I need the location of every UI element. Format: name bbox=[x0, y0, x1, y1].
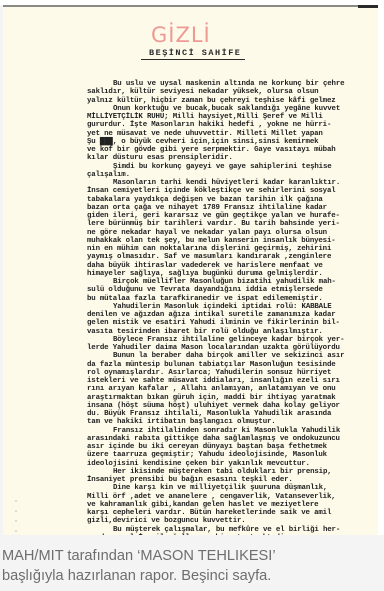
document-line: lere bürünmüş bir tarihleri vardır. Bu t… bbox=[87, 220, 377, 228]
document-line: tam ve hakiki irtibatın başlangıcı olmuş… bbox=[87, 418, 377, 426]
document-line: ne göre nekadar hayal ve nekadar yalan p… bbox=[87, 229, 377, 237]
document-scan: GİZLİ BEŞİNCİ SAHİFE Bu uslu ve uysal ma… bbox=[3, 5, 378, 535]
document-line: İnsan cemiyetleri içinde kökleştikçe ve … bbox=[87, 187, 377, 195]
document-line: karşı cepheleri vardır. Bütün hareketler… bbox=[87, 509, 377, 517]
document-line: asır içinde bu iki cereyan dünyayı başta… bbox=[87, 443, 377, 451]
document-line: Şimdi bu korkunç gayeyi ve gaye sahipler… bbox=[87, 163, 377, 171]
document-line: giden ileri, geri kararsız ve gün geçtik… bbox=[87, 212, 377, 220]
document-line: muhakkak olan tek şey, bu melun kanserin… bbox=[87, 237, 377, 245]
document-line: Bunun la beraber daha birçok amiller ve … bbox=[87, 352, 377, 360]
image-caption: MAH/MIT tarafından ‘MASON TEHLIKESI’ baş… bbox=[2, 546, 382, 586]
document-line: rol oynamışlardır. Asırlarca; Yahudileri… bbox=[87, 369, 377, 377]
document-line: gururdur. İşte Masonların hakiki hedefi … bbox=[87, 121, 377, 129]
document-line: daha büyük ihtiraslar vadederek ve haris… bbox=[87, 262, 377, 270]
document-line: gizli,devirici ve bozguncu kuvvettir. bbox=[87, 517, 377, 525]
document-line: yalnız kültür, hiçbir zaman bu çehreyi t… bbox=[87, 97, 377, 105]
caption-line-2: başlığıyla hazırlanan rapor. Beşinci say… bbox=[2, 566, 382, 586]
document-line: Birçok müellifler Masonluğun bizatihi ya… bbox=[87, 278, 377, 286]
document-line: insana (höşt süuma höşt) uluhiyet vermek… bbox=[87, 402, 377, 410]
document-line: rını arıyan kafalar , Allahı anlamıyan, … bbox=[87, 385, 377, 393]
document-line: istekleri ve sahte müsavat iddiaları, in… bbox=[87, 377, 377, 385]
document-body: Bu uslu ve uysal maskenin altında ne kor… bbox=[87, 80, 377, 535]
document-line: şeyden evel İsrail oğullarına hizmet etm… bbox=[87, 534, 377, 535]
document-line: Onun korktuğu ve bucak,bucak saklandığı … bbox=[87, 105, 377, 113]
document-line: Fransız ihtilalinden sonradır ki Masonlu… bbox=[87, 427, 377, 435]
paper-specks bbox=[15, 500, 19, 535]
document-line: üzere taarruza geçmiştir; Yahudu ideoloj… bbox=[87, 451, 377, 459]
document-line: du. Büyük Fransız ihtilali, Masonlukla Y… bbox=[87, 410, 377, 418]
document-line: araştırmaktan bıkan güruh için, maddi bi… bbox=[87, 394, 377, 402]
document-line: da fazla müntesip bulunan tabiatçılar Ma… bbox=[87, 361, 377, 369]
document-line: bazan orta çağa ve nihayet 1789 Fransız … bbox=[87, 204, 377, 212]
document-line: saklıdır, kültür seviyesi nekadar yüksek… bbox=[87, 88, 377, 96]
document-line: gelen mistik ve esatiri Yahudi ilminin v… bbox=[87, 319, 377, 327]
document-line: yaymış olmasıdır. Saf ve masumları kandı… bbox=[87, 253, 377, 261]
document-line: himayeler sağlıya, sağlıya bugünkü durum… bbox=[87, 270, 377, 278]
document-line: kılar düsturu esas prensipleridir. bbox=[87, 154, 377, 162]
document-line: ve kahramanlık gibi,kandan gelen haslet … bbox=[87, 501, 377, 509]
document-line: Bu uslu ve uysal maskenin altında ne kor… bbox=[87, 80, 377, 88]
document-line: sulü olduğunu ve Tevrata dayandığını idd… bbox=[87, 286, 377, 294]
document-line: İnsaniyet prensibi bu bağın esasını teşk… bbox=[87, 476, 377, 484]
document-line: bu mütalaa fazla tarafkiranedir ve ispat… bbox=[87, 295, 377, 303]
document-line: Dine karşı kin ve milliyetçilik şuuruna … bbox=[87, 484, 377, 492]
document-line: Böylece Fransız ihtilaline gelinceye kad… bbox=[87, 336, 377, 344]
document-line: denilen ve ağızdan ağıza intikal suretil… bbox=[87, 311, 377, 319]
document-line: Bu müşterek çalışmalar, bu mefkûre ve el… bbox=[87, 526, 377, 534]
document-line: arasındaki rabıta gittikçe daha sağlamla… bbox=[87, 435, 377, 443]
page-title: BEŞİNCİ SAHİFE bbox=[141, 48, 245, 60]
document-line: Yahudilerin Masonluk içindeki iptidai ro… bbox=[87, 303, 377, 311]
document-line: lerde Yahudiler daima Mason localarından… bbox=[87, 344, 377, 352]
document-line: yet ne müsavat ve nede uhuvvettir. Mille… bbox=[87, 130, 377, 138]
document-line: Milli örf ,adet ve ananelere , cengaverl… bbox=[87, 493, 377, 501]
confidential-stamp: GİZLİ bbox=[151, 23, 211, 47]
document-line: vasıta tesirinden ibaret bir rolü olduğu… bbox=[87, 328, 377, 336]
document-line: Masonların tarhi kendi hüviyetleri kadar… bbox=[87, 179, 377, 187]
caption-line-1: MAH/MIT tarafından ‘MASON TEHLIKESI’ bbox=[2, 546, 382, 566]
document-line: nin en mühim can noktalarına dişlerini g… bbox=[87, 245, 377, 253]
right-border bbox=[378, 5, 384, 535]
document-line: çalışalım. bbox=[87, 171, 377, 179]
document-line: MİLLİYETÇİLİK RUHU; Milli haysiyet,Milli… bbox=[87, 113, 377, 121]
document-line: Her ikisinde müştereken tabi oldukları b… bbox=[87, 468, 377, 476]
document-line: ve kof bir gövde gibi yere serpmektir. G… bbox=[87, 146, 377, 154]
document-line: tabakalara yaydıkça değişen ve bazan tar… bbox=[87, 196, 377, 204]
document-line: ideolojisini kendisine çeken bir yakınlı… bbox=[87, 460, 377, 468]
document-line: Şu ███, o büyük cevheri için,için sinsi,… bbox=[87, 138, 377, 146]
